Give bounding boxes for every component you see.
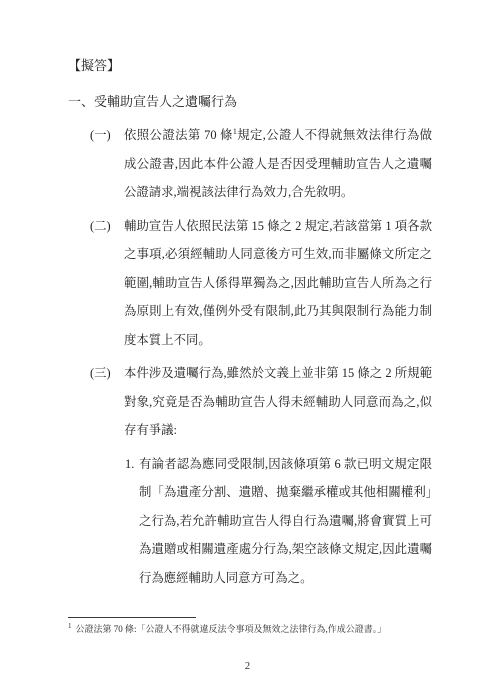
- document-page: 【擬答】 一、受輔助宣告人之遺囑行為 (一) 依照公證法第 70 條1規定,公證…: [0, 0, 495, 700]
- item-4-text: 有論者認為應同受限制,因該條項第 6 款已明文規定限制「為遺產分割、遺贈、拋棄繼…: [139, 450, 432, 593]
- footnote: 1公證法第 70 條:「公證人不得就違反法令事項及無效之法律行為,作成公證書。」: [68, 622, 440, 637]
- section-title: 一、受輔助宣告人之遺囑行為: [68, 88, 432, 117]
- paragraph-item-2: (二) 輔助宣告人依照民法第 15 條之 2 規定,若該當第 1 項各款之事項,…: [90, 212, 432, 355]
- page-number: 2: [0, 661, 495, 672]
- item-2-label: (二): [90, 212, 111, 241]
- paragraph-item-4: 1. 有論者認為應同受限制,因該條項第 6 款已明文規定限制「為遺產分割、遺贈、…: [125, 450, 432, 593]
- item-3-text: 本件涉及遺囑行為,雖然於文義上並非第 15 條之 2 所規範對象,究竟是否為輔助…: [124, 359, 432, 445]
- item-4-label: 1.: [125, 450, 134, 479]
- footnote-separator: [68, 617, 196, 618]
- footnote-text: 公證法第 70 條:「公證人不得就違反法令事項及無效之法律行為,作成公證書。」: [76, 624, 387, 634]
- paragraph-item-3: (三) 本件涉及遺囑行為,雖然於文義上並非第 15 條之 2 所規範對象,究竟是…: [90, 359, 432, 445]
- answer-heading: 【擬答】: [68, 52, 432, 81]
- item-1-text-before-ref: 依照公證法第 70 條: [124, 128, 233, 142]
- item-3-label: (三): [90, 359, 111, 388]
- item-1-text: 依照公證法第 70 條1規定,公證人不得就無效法律行為做成公證書,因此本件公證人…: [124, 121, 432, 207]
- item-2-text: 輔助宣告人依照民法第 15 條之 2 規定,若該當第 1 項各款之事項,必須經輔…: [124, 212, 432, 355]
- document-body: 【擬答】 一、受輔助宣告人之遺囑行為 (一) 依照公證法第 70 條1規定,公證…: [68, 52, 432, 592]
- paragraph-item-1: (一) 依照公證法第 70 條1規定,公證人不得就無效法律行為做成公證書,因此本…: [90, 121, 432, 207]
- item-1-label: (一): [90, 121, 111, 150]
- footnote-number: 1: [68, 622, 72, 630]
